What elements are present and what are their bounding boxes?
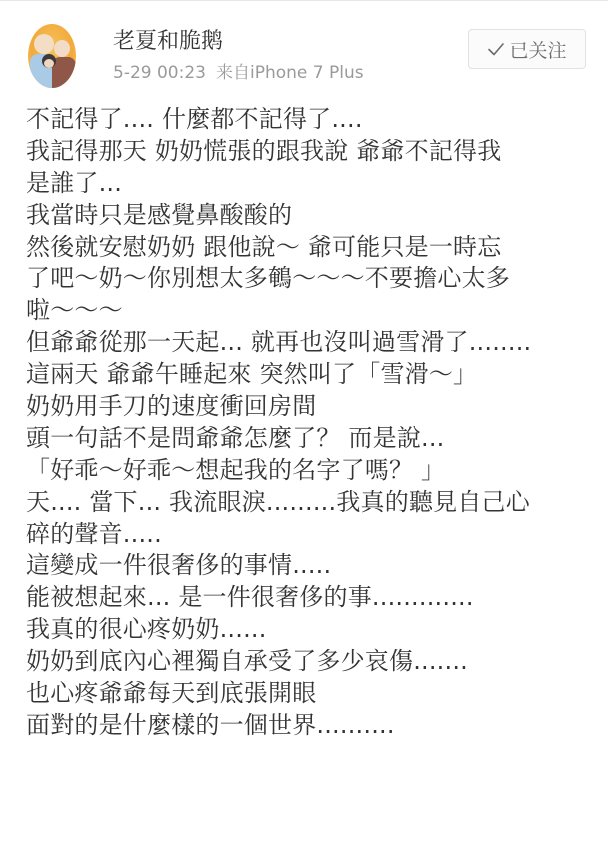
post-header: 老夏和脆鹅 5-29 00:23来自iPhone 7 Plus 已关注 <box>0 0 608 100</box>
post-line: 奶奶用手刀的速度衝回房間 <box>26 391 596 423</box>
post-line: 但爺爺從那一天起... 就再也沒叫過雪滑了........ <box>26 327 596 359</box>
post-line: 這變成一件很奢侈的事情..... <box>26 550 596 582</box>
post-line: 我真的很心疼奶奶...... <box>26 614 596 646</box>
post-line: 不記得了.... 什麼都不記得了.... <box>26 104 596 136</box>
post-line: 了吧～奶～你別想太多鵪～～～不要擔心太多 <box>26 263 596 295</box>
post-line: 是誰了... <box>26 168 596 200</box>
post-source: 来自iPhone 7 Plus <box>216 63 364 83</box>
avatar-figure <box>54 40 70 57</box>
post-timestamp: 5-29 00:23 <box>113 63 206 83</box>
check-icon <box>487 40 505 58</box>
follow-button-label: 已关注 <box>509 36 566 63</box>
author-name[interactable]: 老夏和脆鹅 <box>113 28 223 56</box>
post-meta: 5-29 00:23来自iPhone 7 Plus <box>113 62 364 84</box>
post-line: 也心疼爺爺每天到底張開眼 <box>26 678 596 710</box>
post-line: 啦～～～ <box>26 295 596 327</box>
post-line: 我當時只是感覺鼻酸酸的 <box>26 200 596 232</box>
post-line: 能被想起來... 是一件很奢侈的事............. <box>26 582 596 614</box>
post-line: 「好乖～好乖～想起我的名字了嗎？ 」 <box>26 455 596 487</box>
post-line: 面對的是什麼樣的一個世界.......... <box>26 710 596 742</box>
post-line: 然後就安慰奶奶 跟他說～ 爺可能只是一時忘 <box>26 232 596 264</box>
avatar-figure <box>44 59 54 68</box>
avatar-figure <box>34 34 54 54</box>
post-line: 天.... 當下... 我流眼淚.........我真的聽見自己心 <box>26 487 596 519</box>
post-line: 這兩天 爺爺午睡起來 突然叫了「雪滑～」 <box>26 359 596 391</box>
post-line: 奶奶到底內心裡獨自承受了多少哀傷....... <box>26 646 596 678</box>
post-line: 我記得那天 奶奶慌張的跟我說 爺爺不記得我 <box>26 136 596 168</box>
follow-button[interactable]: 已关注 <box>468 29 586 69</box>
avatar[interactable] <box>28 24 76 88</box>
post-body: 不記得了.... 什麼都不記得了.... 我記得那天 奶奶慌張的跟我說 爺爺不記… <box>26 104 596 742</box>
post-line: 頭一句話不是問爺爺怎麼了？ 而是說... <box>26 423 596 455</box>
post-line: 碎的聲音..... <box>26 519 596 551</box>
